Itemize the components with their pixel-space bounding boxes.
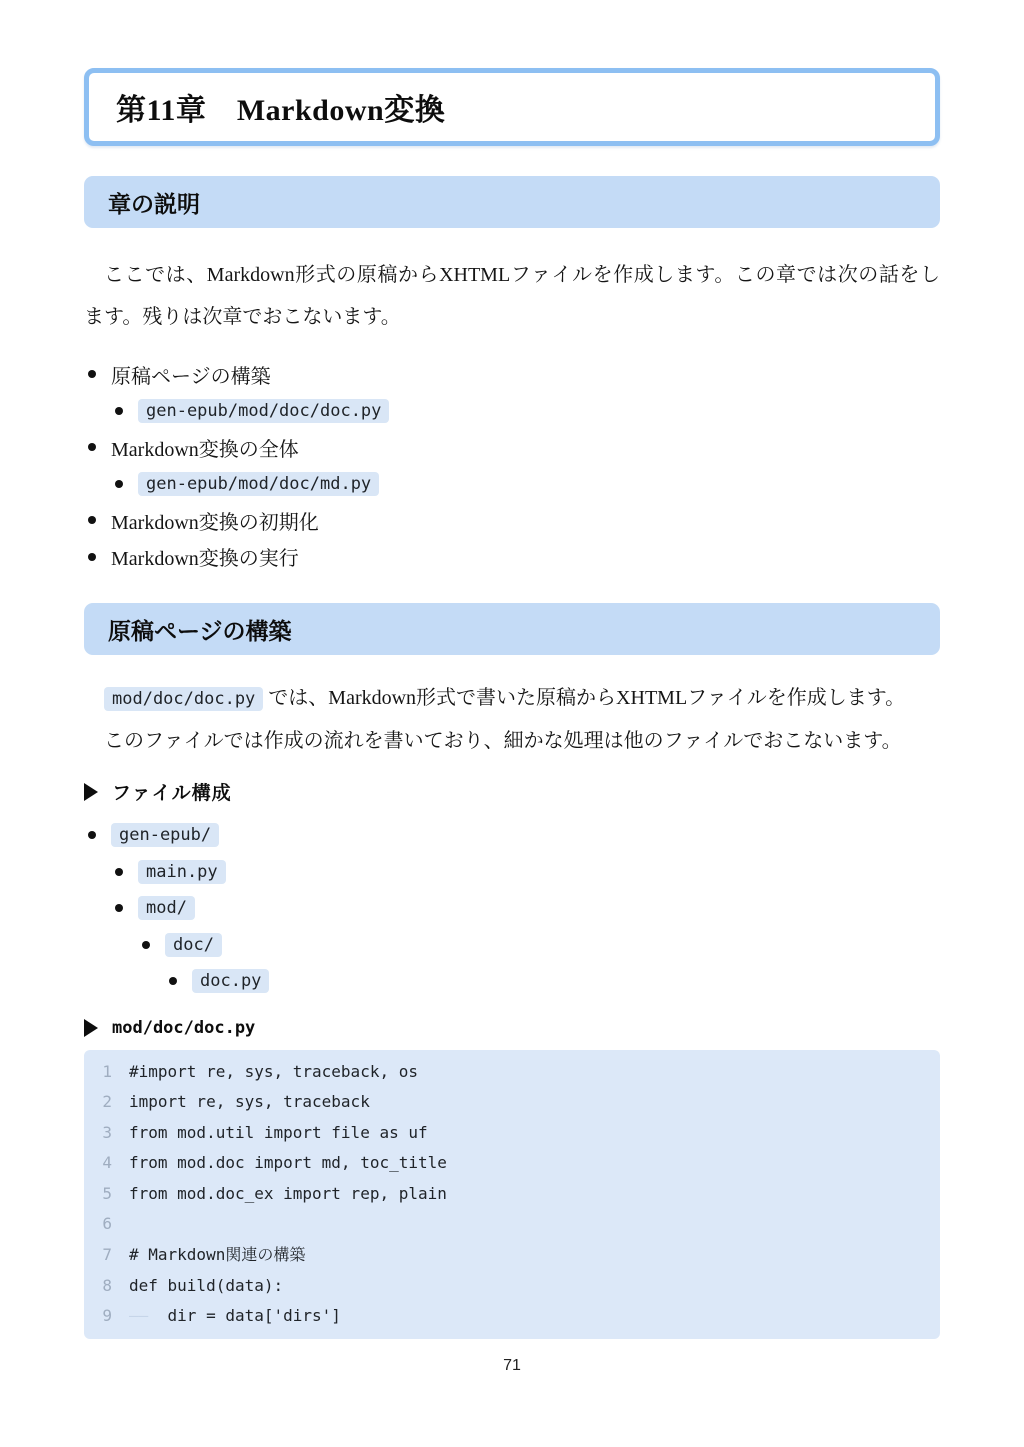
bullet-icon — [88, 553, 96, 561]
code-block: 1 #import re, sys, traceback, os 2 impor… — [84, 1050, 940, 1339]
file-item: doc/ — [84, 927, 940, 964]
file-structure-list: gen-epub/ main.py mod/ doc/ doc.py — [84, 817, 940, 1000]
bullet-icon — [115, 868, 123, 876]
section-header-overview: 章の説明 — [84, 176, 940, 228]
inline-code: main.py — [138, 860, 226, 884]
code-text: def build(data): — [129, 1271, 283, 1302]
code-text: #import re, sys, traceback, os — [129, 1057, 418, 1088]
page-number: 71 — [84, 1357, 940, 1375]
code-listing-heading: mod/doc/doc.py — [84, 1018, 940, 1038]
bullet-icon — [169, 977, 177, 985]
code-text: ––dir = data['dirs'] — [129, 1301, 341, 1332]
line-number: 4 — [84, 1148, 112, 1179]
code-line: 5 from mod.doc_ex import rep, plain — [84, 1179, 940, 1210]
line-number: 1 — [84, 1057, 112, 1088]
section-heading: 原稿ページの構築 — [108, 613, 292, 646]
inline-code: mod/doc/doc.py — [104, 687, 263, 711]
bullet-icon — [115, 407, 123, 415]
file-item: doc.py — [84, 963, 940, 1000]
code-line: 9 ––dir = data['dirs'] — [84, 1301, 940, 1332]
code-line: 3 from mod.util import file as uf — [84, 1118, 940, 1149]
section-header-page-build: 原稿ページの構築 — [84, 603, 940, 655]
code-text: from mod.doc import md, toc_title — [129, 1148, 447, 1179]
inline-code: doc.py — [192, 969, 269, 993]
bullet-icon — [88, 516, 96, 524]
list-item-label: 原稿ページの構築 — [111, 360, 271, 389]
line-number: 9 — [84, 1301, 112, 1332]
code-line: 4 from mod.doc import md, toc_title — [84, 1148, 940, 1179]
list-item: gen-epub/mod/doc/md.py — [84, 466, 940, 503]
list-item-label: Markdown変換の初期化 — [111, 506, 319, 535]
file-item: gen-epub/ — [84, 817, 940, 854]
list-item-label: Markdown変換の実行 — [111, 542, 299, 571]
file-structure-heading: ファイル構成 — [84, 778, 940, 805]
inline-code: gen-epub/ — [111, 823, 219, 847]
bullet-icon — [115, 904, 123, 912]
paragraph-fragment: では、Markdown形式で書いた原稿からXHTMLファイルを作成します。 — [263, 687, 905, 709]
topic-list: 原稿ページの構築 gen-epub/mod/doc/doc.py Markdow… — [84, 356, 940, 575]
code-line: 2 import re, sys, traceback — [84, 1087, 940, 1118]
file-item: mod/ — [84, 890, 940, 927]
list-item: gen-epub/mod/doc/doc.py — [84, 393, 940, 430]
paragraph-text: mod/doc/doc.py では、Markdown形式で書いた原稿からXHTM… — [84, 677, 940, 720]
code-line: 6 — [84, 1209, 940, 1240]
file-item: main.py — [84, 854, 940, 891]
list-item: Markdown変換の全体 — [84, 429, 940, 466]
chapter-title: 第11章 Markdown変換 — [116, 85, 445, 129]
inline-code: gen-epub/mod/doc/doc.py — [138, 399, 389, 423]
code-line: 7 # Markdown関連の構築 — [84, 1240, 940, 1271]
chapter-title-box: 第11章 Markdown変換 — [84, 68, 940, 146]
heading-label: mod/doc/doc.py — [112, 1018, 255, 1038]
bullet-icon — [88, 831, 96, 839]
line-number: 7 — [84, 1240, 112, 1271]
inline-code: gen-epub/mod/doc/md.py — [138, 472, 379, 496]
indent-whitespace-marker: –– — [129, 1301, 168, 1332]
code-line: 8 def build(data): — [84, 1271, 940, 1302]
line-number: 2 — [84, 1087, 112, 1118]
list-item: Markdown変換の初期化 — [84, 502, 940, 539]
paragraph-text: ここでは、Markdown形式の原稿からXHTMLファイルを作成します。この章で… — [84, 254, 940, 338]
code-text: import re, sys, traceback — [129, 1087, 370, 1118]
list-item: Markdown変換の実行 — [84, 539, 940, 576]
code-text: from mod.util import file as uf — [129, 1118, 428, 1149]
inline-code: mod/ — [138, 896, 195, 920]
bullet-icon — [88, 370, 96, 378]
triangle-icon — [84, 1019, 98, 1037]
bullet-icon — [115, 480, 123, 488]
bullet-icon — [142, 941, 150, 949]
list-item: 原稿ページの構築 — [84, 356, 940, 393]
line-number: 5 — [84, 1179, 112, 1210]
section2-paragraphs: mod/doc/doc.py では、Markdown形式で書いた原稿からXHTM… — [84, 677, 940, 762]
code-line: 1 #import re, sys, traceback, os — [84, 1057, 940, 1088]
line-number: 6 — [84, 1209, 112, 1240]
inline-code: doc/ — [165, 933, 222, 957]
section-heading: 章の説明 — [108, 186, 200, 219]
line-number: 3 — [84, 1118, 112, 1149]
section1-paragraph: ここでは、Markdown形式の原稿からXHTMLファイルを作成します。この章で… — [84, 254, 940, 338]
code-text: # Markdown関連の構築 — [129, 1240, 305, 1271]
line-number: 8 — [84, 1271, 112, 1302]
list-item-label: Markdown変換の全体 — [111, 433, 299, 462]
heading-label: ファイル構成 — [112, 778, 232, 805]
code-fragment: dir = data['dirs'] — [168, 1306, 341, 1325]
bullet-icon — [88, 443, 96, 451]
triangle-icon — [84, 783, 98, 801]
code-text: from mod.doc_ex import rep, plain — [129, 1179, 447, 1210]
document-page: 第11章 Markdown変換 章の説明 ここでは、Markdown形式の原稿か… — [0, 0, 1024, 1447]
paragraph-text: このファイルでは作成の流れを書いており、細かな処理は他のファイルでおこないます。 — [84, 720, 940, 762]
